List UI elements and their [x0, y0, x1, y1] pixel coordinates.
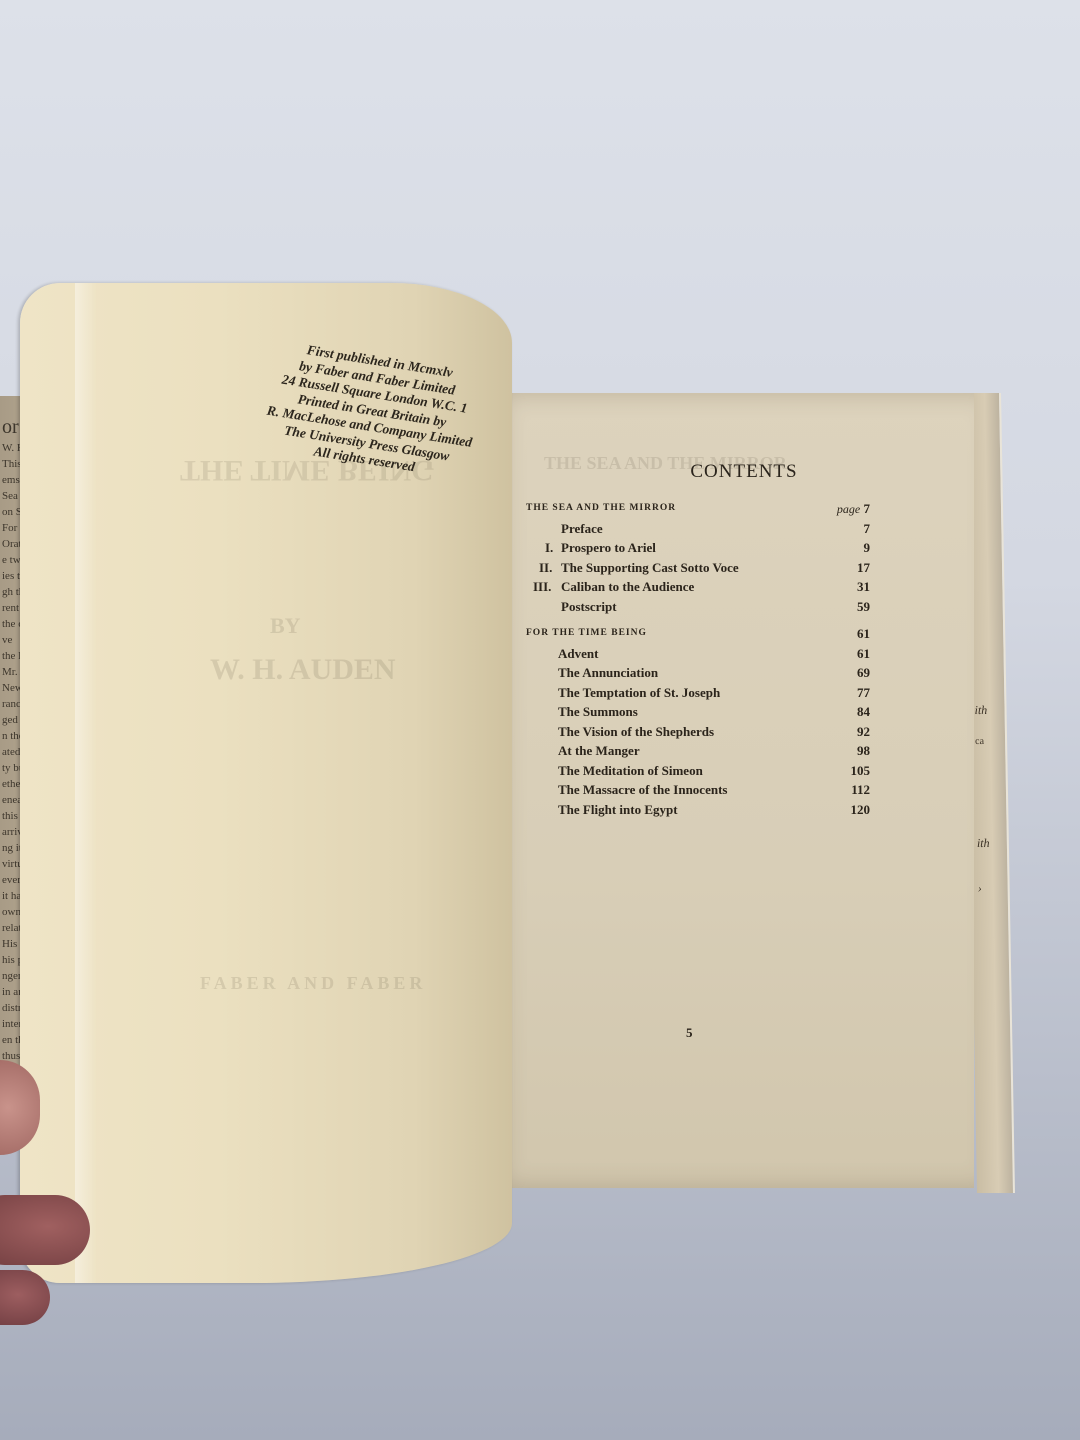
- toc-entry: At the Manger98: [526, 741, 870, 761]
- finger: [0, 1195, 90, 1265]
- jacket-fragment: ith: [977, 836, 990, 851]
- toc-entry: The Massacre of the Innocents112: [526, 780, 870, 800]
- toc-entry: I. Prospero to Ariel 9: [526, 538, 870, 558]
- jacket-fragment: ca: [975, 736, 984, 747]
- copyright-page: THE TIME BEING BY W. H. AUDEN FABER AND …: [20, 283, 512, 1283]
- toc-entry: Preface 7: [526, 519, 870, 539]
- toc-entry: The Meditation of Simeon105: [526, 761, 870, 781]
- toc-entry: Advent61: [526, 644, 870, 664]
- show-through-publisher: FABER AND FABER: [200, 973, 426, 994]
- toc-entry: III. Caliban to the Audience 31: [526, 577, 870, 597]
- toc-entry: The Vision of the Shepherds92: [526, 722, 870, 742]
- page-number: 5: [686, 1025, 693, 1041]
- show-through-by: BY: [270, 613, 301, 639]
- toc-entry: The Annunciation69: [526, 663, 870, 683]
- finger: [0, 1270, 50, 1325]
- jacket-fragment: ith: [974, 703, 987, 718]
- toc-entry: The Temptation of St. Joseph77: [526, 683, 870, 703]
- show-through-author: W. H. AUDEN: [210, 653, 396, 687]
- contents-page: THE SEA AND THE MIRROR CONTENTS THE SEA …: [484, 393, 974, 1188]
- toc-entry: Postscript 59: [526, 597, 870, 617]
- contents-title: CONTENTS: [484, 461, 974, 483]
- toc-section-heading: FOR THE TIME BEING 61: [526, 624, 870, 644]
- photo-scene: or the Ti W. H.This book conems, with so…: [0, 0, 1080, 1440]
- toc-section-heading: THE SEA AND THE MIRROR page 7: [526, 499, 870, 519]
- toc-entry: The Summons84: [526, 702, 870, 722]
- table-of-contents: THE SEA AND THE MIRROR page 7 Preface 7 …: [526, 499, 870, 819]
- toc-section-entries: Advent61The Annunciation69The Temptation…: [526, 644, 870, 820]
- toc-entry: The Flight into Egypt120: [526, 800, 870, 820]
- jacket-fragment: ›: [978, 881, 982, 896]
- toc-entry: II. The Supporting Cast Sotto Voce 17: [526, 558, 870, 578]
